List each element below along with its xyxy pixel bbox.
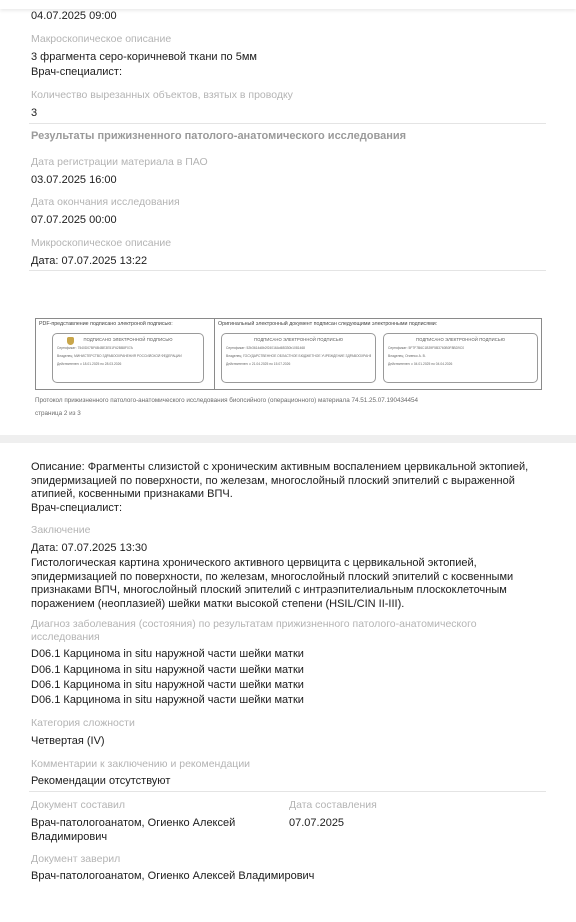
- micro-description-date: Дата: 07.07.2025 13:22: [31, 255, 147, 267]
- diagnosis-item: D06.1 Карцинома in situ наружной части ш…: [31, 648, 304, 660]
- stamp-title: ПОДПИСАНО ЭЛЕКТРОННОЙ ПОДПИСЬЮ: [384, 337, 537, 342]
- description-specialist: Врач-специалист:: [31, 502, 122, 514]
- conclusion-date: Дата: 07.07.2025 13:30: [31, 542, 147, 554]
- stamp-owner: Владелец: ГОСУДАРСТВЕННОЕ ОБЛАСТНОЕ БЮДЖ…: [226, 354, 371, 358]
- top-scroll-edge: [0, 0, 576, 9]
- divider: [29, 791, 546, 792]
- divider: [29, 123, 546, 124]
- end-date-value: 07.07.2025 00:00: [31, 214, 117, 226]
- end-date-label: Дата окончания исследования: [31, 196, 180, 208]
- diagnosis-item: D06.1 Карцинома in situ наружной части ш…: [31, 664, 304, 676]
- diagnosis-label: Диагноз заболевания (состояния) по резул…: [31, 618, 511, 643]
- macro-description-value: 3 фрагмента серо-коричневой ткани по 5мм: [31, 51, 257, 63]
- stamp-certificate: Сертификат: 7540D07BF6B4BE3E51F62BB8F07A: [57, 346, 199, 350]
- stamp-title: ПОДПИСАНО ЭЛЕКТРОННОЙ ПОДПИСЬЮ: [53, 337, 203, 342]
- micro-description-label: Микроскопическое описание: [31, 237, 171, 249]
- composed-by-label: Документ составил: [31, 799, 125, 811]
- results-section-title: Результаты прижизненного патолого-анатом…: [31, 130, 406, 142]
- signature-stamp: ПОДПИСАНО ЭЛЕКТРОННОЙ ПОДПИСЬЮ Сертифика…: [52, 333, 204, 383]
- micro-description-text: Описание: Фрагменты слизистой с хроничес…: [31, 461, 531, 502]
- stamp-certificate: Сертификат: 5F7F7B6C1B39F5B3760B0F8BD9C0: [388, 346, 533, 350]
- registration-date-value: 03.07.2025 16:00: [31, 174, 117, 186]
- macro-specialist: Врач-специалист:: [31, 66, 122, 78]
- objects-count-value: 3: [31, 107, 37, 119]
- signature-stamp: ПОДПИСАНО ЭЛЕКТРОННОЙ ПОДПИСЬЮ Сертифика…: [221, 333, 376, 383]
- certified-by-label: Документ заверил: [31, 853, 120, 865]
- diagnosis-item: D06.1 Карцинома in situ наружной части ш…: [31, 679, 304, 691]
- registration-date-label: Дата регистрации материала в ПАО: [31, 156, 208, 168]
- complexity-value: Четвертая (IV): [31, 735, 105, 747]
- stamp-certificate: Сертификат: 52b3614d8b2f24016Ad6B330b108…: [226, 346, 371, 350]
- protocol-note: Протокол прижизненного патолого-анатомич…: [35, 397, 418, 404]
- conclusion-text: Гистологическая картина хронического акт…: [31, 557, 531, 611]
- composed-by-value: Врач-патологоанатом, Огиенко Алексей Вла…: [31, 817, 246, 844]
- page-break: [0, 435, 576, 443]
- stamp-validity: Действителен: с 21.04.2025 по 15.07.2026: [226, 362, 371, 366]
- complexity-label: Категория сложности: [31, 717, 135, 729]
- page-number: страница 2 из 3: [35, 410, 81, 417]
- stamp-validity: Действителен: с 04.01.2025 по 04.04.2026: [388, 362, 533, 366]
- coat-of-arms-icon: [67, 337, 74, 345]
- stamp-owner: Владелец: Огиенко А. В.: [388, 354, 533, 358]
- stamp-validity: Действителен: с 18.01.2025 по 28.03.2026: [57, 362, 199, 366]
- original-signature-column: Оригинальный электронный документ подпис…: [215, 319, 541, 389]
- comments-value: Рекомендации отсутствуют: [31, 775, 170, 787]
- objects-count-label: Количество вырезанных объектов, взятых в…: [31, 89, 293, 101]
- pdf-signature-column: PDF-представление подписано электроной п…: [36, 319, 215, 389]
- sampling-date-value: 04.07.2025 09:00: [31, 10, 117, 22]
- stamp-title: ПОДПИСАНО ЭЛЕКТРОННОЙ ПОДПИСЬЮ: [222, 337, 375, 342]
- original-signature-header: Оригинальный электронный документ подпис…: [215, 319, 541, 329]
- signature-stamp: ПОДПИСАНО ЭЛЕКТРОННОЙ ПОДПИСЬЮ Сертифика…: [383, 333, 538, 383]
- diagnosis-item: D06.1 Карцинома in situ наружной части ш…: [31, 694, 304, 706]
- stamp-owner: Владелец: МИНИСТЕРСТВО ЗДРАВООХРАНЕНИЯ Р…: [57, 354, 199, 358]
- composed-date-value: 07.07.2025: [289, 817, 344, 829]
- conclusion-label: Заключение: [31, 524, 90, 536]
- comments-label: Комментарии к заключению и рекомендации: [31, 758, 250, 770]
- electronic-signature-image: PDF-представление подписано электроной п…: [35, 318, 542, 390]
- pdf-signature-header: PDF-представление подписано электроной п…: [36, 319, 214, 329]
- divider: [29, 270, 546, 271]
- macro-description-label: Макроскопическое описание: [31, 33, 171, 45]
- certified-by-value: Врач-патологоанатом, Огиенко Алексей Вла…: [31, 870, 314, 882]
- composed-date-label: Дата составления: [289, 799, 377, 811]
